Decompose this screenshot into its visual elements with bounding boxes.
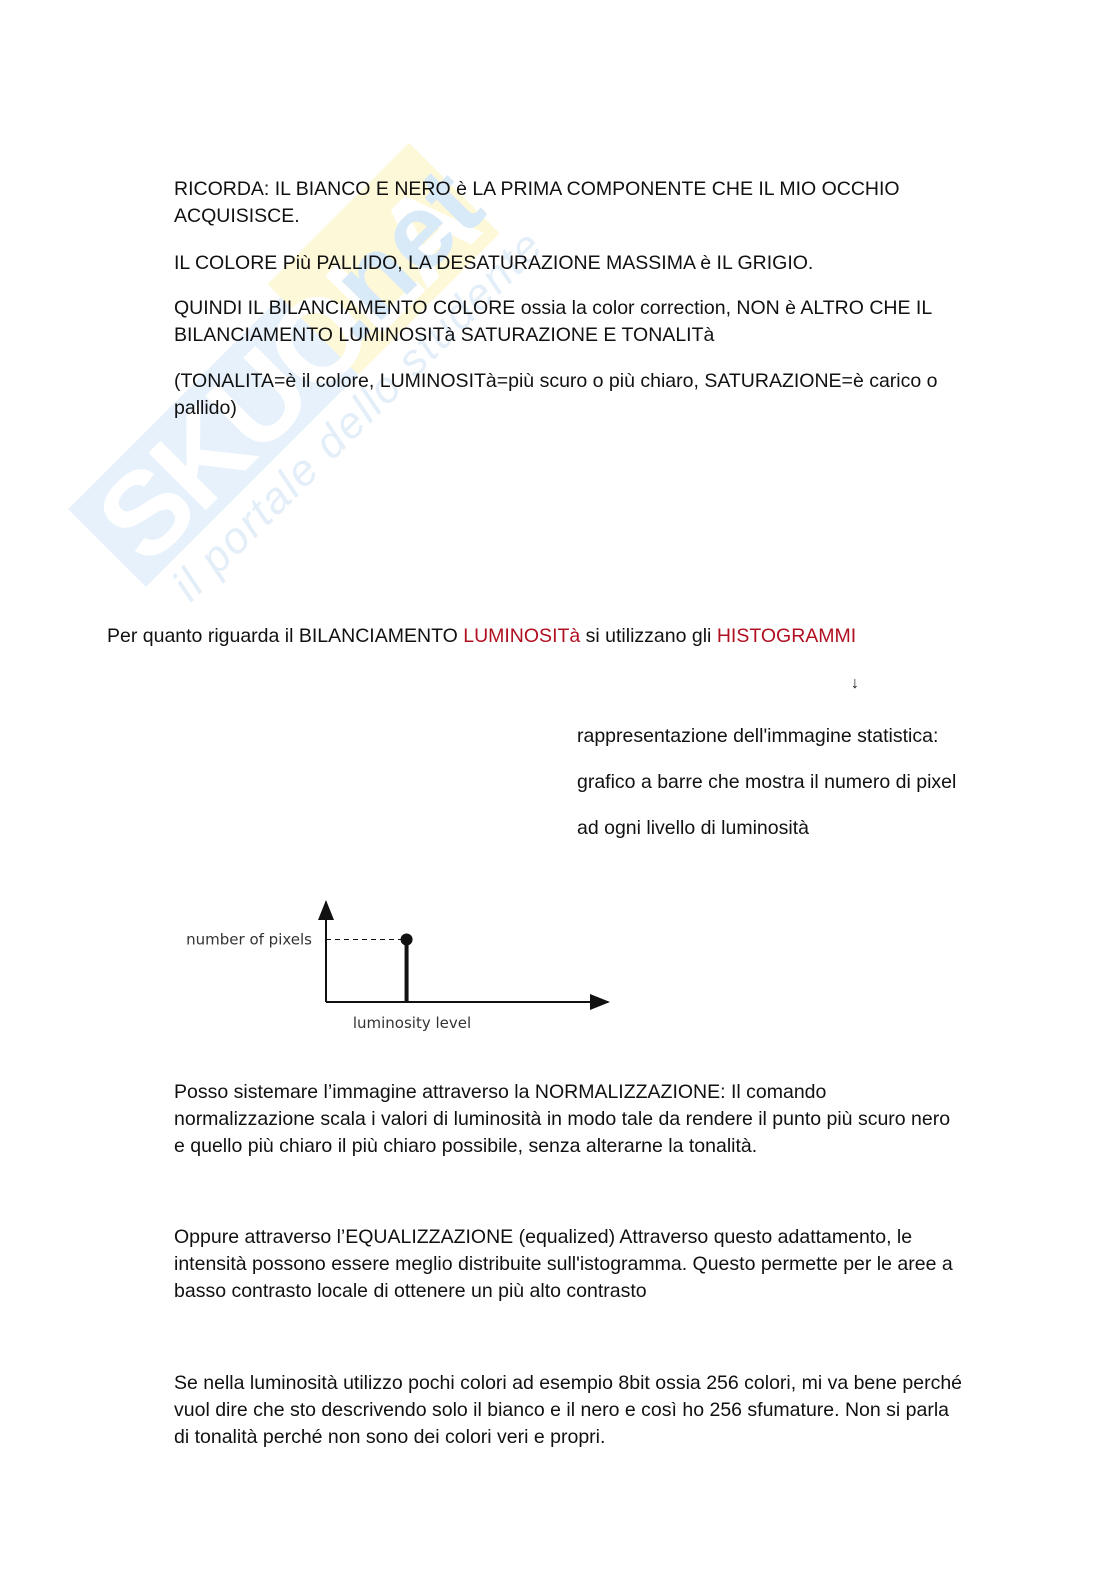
highlight-luminosita: LUMINOSITà [463,625,580,647]
intro-text: Per quanto riguarda il BILANCIAMENTO [107,625,463,647]
intro-text: si utilizzano gli [580,625,717,647]
text-line: grafico a barre che mostra il numero di … [577,759,956,805]
text-line: Oppure attraverso l’EQUALIZZAZIONE (equa… [174,1224,953,1251]
y-axis-label: number of pixels [186,931,312,949]
histogram-definition: rappresentazione dell'immagine statistic… [577,713,956,851]
highlight-histogrammi: HISTOGRAMMI [717,625,856,647]
text-line: pallido) [174,395,937,422]
text-line: IL COLORE Più PALLIDO, LA DESATURAZIONE … [174,250,813,277]
text-line: Se nella luminosità utilizzo pochi color… [174,1370,962,1397]
text-line: BILANCIAMENTO LUMINOSITà SATURAZIONE E T… [174,322,932,349]
bar-top-dot [401,934,413,946]
down-arrow-icon: ↓ [851,670,859,697]
paragraph-bitdepth: Se nella luminosità utilizzo pochi color… [174,1370,962,1451]
text-line: di tonalità perché non sono dei colori v… [174,1424,962,1451]
text-line: QUINDI IL BILANCIAMENTO COLORE ossia la … [174,295,932,322]
histogram-diagram: number of pixels luminosity level [176,892,626,1037]
histogram-intro: Per quanto riguarda il BILANCIAMENTO LUM… [107,623,856,650]
text-line: ACQUISISCE. [174,203,900,230]
paragraph-ricorda: RICORDA: IL BIANCO E NERO è LA PRIMA COM… [174,176,900,230]
x-axis-label: luminosity level [353,1014,471,1032]
text-line: ad ogni livello di luminosità [577,805,956,851]
text-line: basso contrasto locale di ottenere un pi… [174,1278,953,1305]
paragraph-normalizzazione: Posso sistemare l’immagine attraverso la… [174,1079,950,1160]
paragraph-bilanciamento: QUINDI IL BILANCIAMENTO COLORE ossia la … [174,295,932,349]
text-line: RICORDA: IL BIANCO E NERO è LA PRIMA COM… [174,176,900,203]
text-line: intensità possono essere meglio distribu… [174,1251,953,1278]
text-line: (TONALITA=è il colore, LUMINOSITà=più sc… [174,368,937,395]
text-line: rappresentazione dell'immagine statistic… [577,713,956,759]
text-line: Posso sistemare l’immagine attraverso la… [174,1079,950,1106]
text-line: e quello più chiaro il più chiaro possib… [174,1133,950,1160]
text-line: vuol dire che sto descrivendo solo il bi… [174,1397,962,1424]
paragraph-definizioni: (TONALITA=è il colore, LUMINOSITà=più sc… [174,368,937,422]
paragraph-colore: IL COLORE Più PALLIDO, LA DESATURAZIONE … [174,250,813,277]
text-line: normalizzazione scala i valori di lumino… [174,1106,950,1133]
paragraph-equalizzazione: Oppure attraverso l’EQUALIZZAZIONE (equa… [174,1224,953,1305]
